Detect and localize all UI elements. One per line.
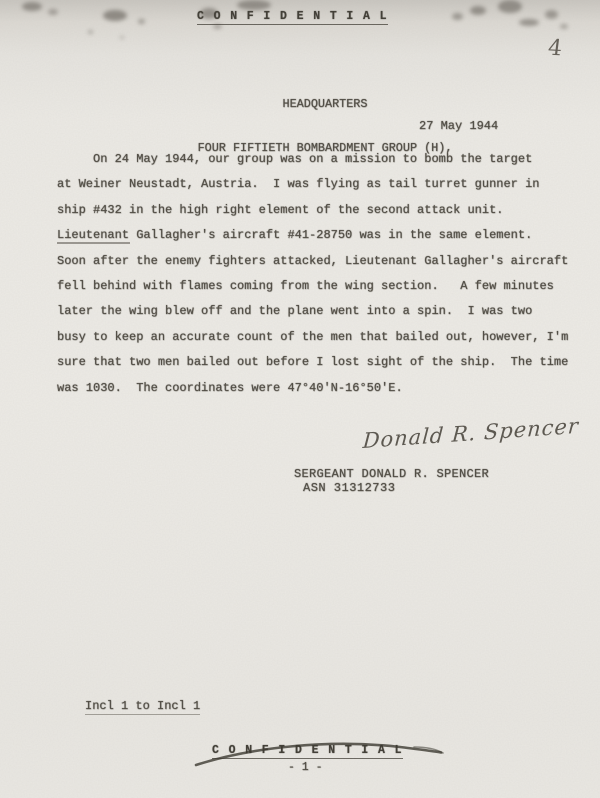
classification-stamp-bottom-text: C O N F I D E N T I A L bbox=[212, 744, 403, 759]
scan-smudge bbox=[519, 19, 539, 26]
body-line: busy to keep an accurate count of the me… bbox=[57, 325, 562, 350]
scan-smudge bbox=[48, 9, 58, 15]
page-number: - 1 - bbox=[288, 761, 323, 774]
handwritten-signature: Donald R. Spencer bbox=[362, 414, 580, 453]
scan-smudge bbox=[120, 36, 124, 39]
body-line: was 1030. The coordinates were 47°40'N-1… bbox=[57, 376, 562, 401]
underline-artifact bbox=[57, 242, 130, 244]
scan-smudge bbox=[138, 19, 145, 24]
scan-smudge bbox=[545, 10, 558, 19]
body-line: at Weiner Neustadt, Austria. I was flyin… bbox=[57, 172, 562, 197]
scan-smudge bbox=[103, 10, 127, 21]
body-line: Soon after the enemy fighters attacked, … bbox=[57, 249, 562, 274]
body-line: fell behind with flames coming from the … bbox=[57, 274, 562, 299]
enclosure-note: Incl 1 to Incl 1 bbox=[85, 699, 200, 715]
document-date: 27 May 1944 bbox=[419, 119, 498, 133]
signature-service-number: ASN 31312733 bbox=[303, 481, 395, 495]
body-line: sure that two men bailed out before I lo… bbox=[57, 350, 562, 375]
letterhead-headquarters: HEADQUARTERS bbox=[55, 97, 595, 112]
scanned-document-page: C O N F I D E N T I A L 4 HEADQUARTERS F… bbox=[0, 0, 600, 798]
scan-smudge bbox=[498, 0, 522, 13]
body-line: later the wing blew off and the plane we… bbox=[57, 299, 562, 324]
body-line: Lieutenant Gallagher's aircraft #41-2875… bbox=[57, 223, 562, 248]
statement-body: On 24 May 1944, our group was on a missi… bbox=[57, 147, 562, 401]
classification-stamp-bottom: C O N F I D E N T I A L bbox=[212, 744, 403, 759]
scan-smudge bbox=[88, 30, 93, 34]
classification-stamp-top: C O N F I D E N T I A L bbox=[197, 10, 388, 25]
scan-smudge bbox=[452, 13, 463, 20]
scan-smudge bbox=[560, 24, 568, 29]
handwritten-page-number: 4 bbox=[546, 36, 563, 62]
scan-smudge bbox=[22, 2, 42, 11]
scan-smudge bbox=[237, 0, 271, 10]
body-line: ship #432 in the high right element of t… bbox=[57, 198, 562, 223]
scan-smudge bbox=[470, 6, 486, 15]
body-line: On 24 May 1944, our group was on a missi… bbox=[57, 147, 562, 172]
signature-typed-name: SERGEANT DONALD R. SPENCER bbox=[294, 467, 489, 481]
